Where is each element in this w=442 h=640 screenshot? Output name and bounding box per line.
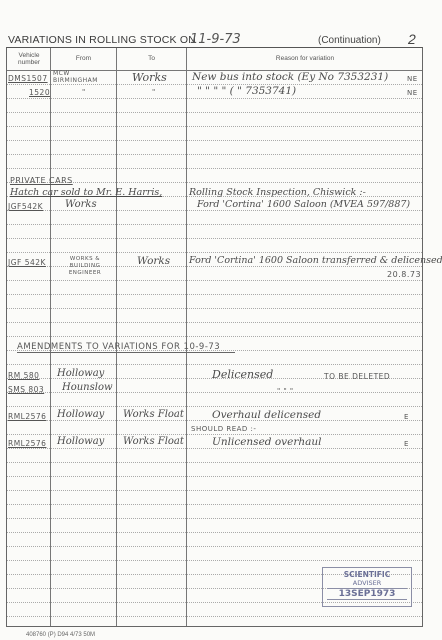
amendment-from: Holloway [57, 436, 104, 447]
should-read-label: SHOULD READ :- [191, 425, 256, 433]
header-vehicle-number: Vehicle number [9, 52, 49, 66]
entry-reason: " " " " ( " 7353741) [197, 85, 296, 97]
entry-from: MCW BIRMINGHAM [53, 70, 113, 84]
amendment-code: E [404, 413, 409, 421]
entry-to: " [152, 88, 156, 96]
entry-vehicle: JGF 542K [8, 258, 46, 267]
form-footer-code: 408760 (P) D94 4/73 50M [26, 632, 95, 638]
amendment-reason: Overhaul delicensed [212, 409, 321, 421]
amendment-from: Holloway [57, 409, 104, 420]
entry-code: NE [407, 89, 418, 97]
amendment-vehicle: RM 580 [8, 371, 39, 380]
variations-table: Vehicle number From To Reason for variat… [6, 47, 423, 627]
entry-vehicle: DMS1507 [8, 74, 48, 83]
amendment-vehicle: RML2576 [8, 412, 46, 421]
amendments-heading: AMENDMENTS TO VARIATIONS FOR 10-9-73 [17, 342, 235, 353]
amendment-vehicle: SMS 803 [8, 385, 44, 394]
amendment-note: TO BE DELETED [324, 372, 390, 381]
amendment-from: Holloway [57, 368, 104, 379]
amendment-vehicle: RML2576 [8, 439, 46, 448]
faded-bleedthrough-text [35, 2, 155, 16]
header-reason: Reason for variation [187, 55, 423, 62]
amendment-reason: Delicensed [212, 368, 273, 381]
amendment-to: Works Float [123, 409, 184, 420]
entry-from: Works [65, 199, 97, 210]
entry-reason: Ford 'Cortina' 1600 Saloon (MVEA 597/887… [197, 199, 410, 210]
column-divider [186, 48, 187, 626]
amendment-to: Works Float [123, 436, 184, 447]
entry-vehicle: 1520 [29, 88, 50, 97]
column-divider [50, 48, 51, 626]
entry-code: NE [407, 75, 418, 83]
page-number: 2 [408, 31, 416, 47]
entry-vehicle: JGF542K [8, 202, 43, 211]
entry-from: " [82, 88, 86, 96]
continuation-label: (Continuation) [318, 35, 381, 46]
stamp-line1: SCIENTIFIC [323, 570, 411, 579]
amendment-from: Hounslow [62, 382, 113, 393]
entry-reason: New bus into stock (Ey No 7353231) [192, 71, 388, 83]
entry-to: Works [137, 255, 170, 267]
private-cars-heading: PRIVATE CARS [10, 176, 73, 185]
entry-date: 20.8.73 [387, 270, 421, 279]
entry-reason: Ford 'Cortina' 1600 Saloon transferred &… [189, 255, 442, 266]
amendment-reason: " " " [277, 387, 294, 395]
entry-from: WORKS & BUILDING ENGINEER [54, 256, 116, 277]
header-from: From [51, 55, 116, 62]
scientific-adviser-stamp: SCIENTIFIC ADVISER 13SEP1973 [322, 567, 412, 607]
form-date: 11-9-73 [190, 32, 241, 47]
private-cars-destination: Rolling Stock Inspection, Chiswick :- [189, 187, 366, 198]
stamp-line2: ADVISER [323, 579, 411, 587]
form-title: VARIATIONS IN ROLLING STOCK ON [8, 34, 196, 46]
private-cars-note: Hatch car sold to Mr. E. Harris, [10, 187, 162, 198]
entry-to: Works [132, 71, 167, 84]
amendment-reason: Unlicensed overhaul [212, 436, 321, 448]
amendment-code: E [404, 440, 409, 448]
stamp-date: 13SEP1973 [327, 588, 407, 600]
header-to: To [117, 55, 186, 62]
column-divider [116, 48, 117, 626]
